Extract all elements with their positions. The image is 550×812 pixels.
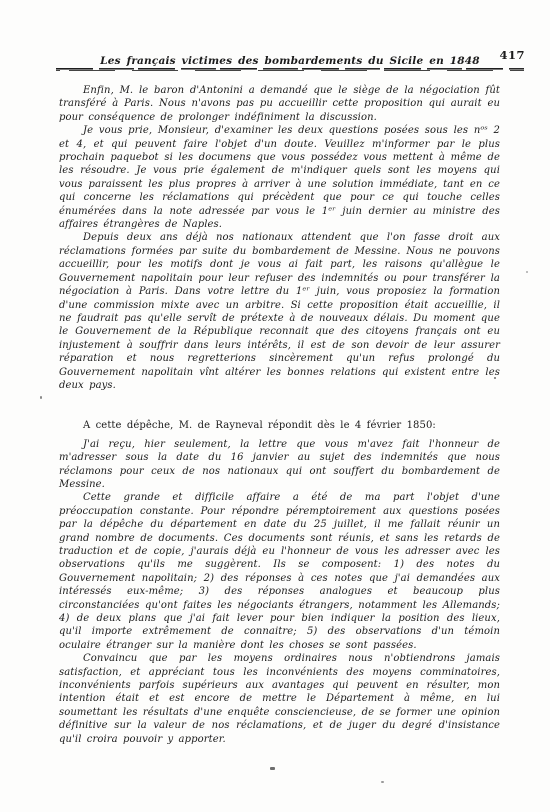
header-rule xyxy=(56,68,524,71)
letter-paragraph-3: Depuis deux ans déjà nos nationaux atten… xyxy=(59,231,500,392)
scan-speck xyxy=(270,767,275,770)
reply-paragraph-2: Cette grande et difficile affaire a été … xyxy=(59,491,500,652)
page-number: 417 xyxy=(499,48,525,62)
running-title: Les français victimes des bombardements … xyxy=(100,55,480,67)
narrative-line: A cette dépêche, M. de Rayneval répondit… xyxy=(59,419,500,432)
page-header: Les français victimes des bombardements … xyxy=(55,49,525,68)
letter-paragraph-2: Je vous prie, Monsieur, d'examiner les d… xyxy=(59,124,500,231)
page-body: Enfin, M. le baron d'Antonini a demandé … xyxy=(59,84,500,746)
document-page: Les français victimes des bombardements … xyxy=(0,0,550,812)
scan-speck xyxy=(40,396,42,399)
scan-speck xyxy=(381,781,384,783)
reply-paragraph-3: Convaincu que par les moyens ordinaires … xyxy=(59,652,500,746)
letter-paragraph-1: Enfin, M. le baron d'Antonini a demandé … xyxy=(59,84,500,124)
reply-paragraph-1: J'ai reçu, hier seulement, la lettre que… xyxy=(59,438,500,492)
scan-speck xyxy=(494,377,496,379)
scan-speck xyxy=(526,271,528,273)
